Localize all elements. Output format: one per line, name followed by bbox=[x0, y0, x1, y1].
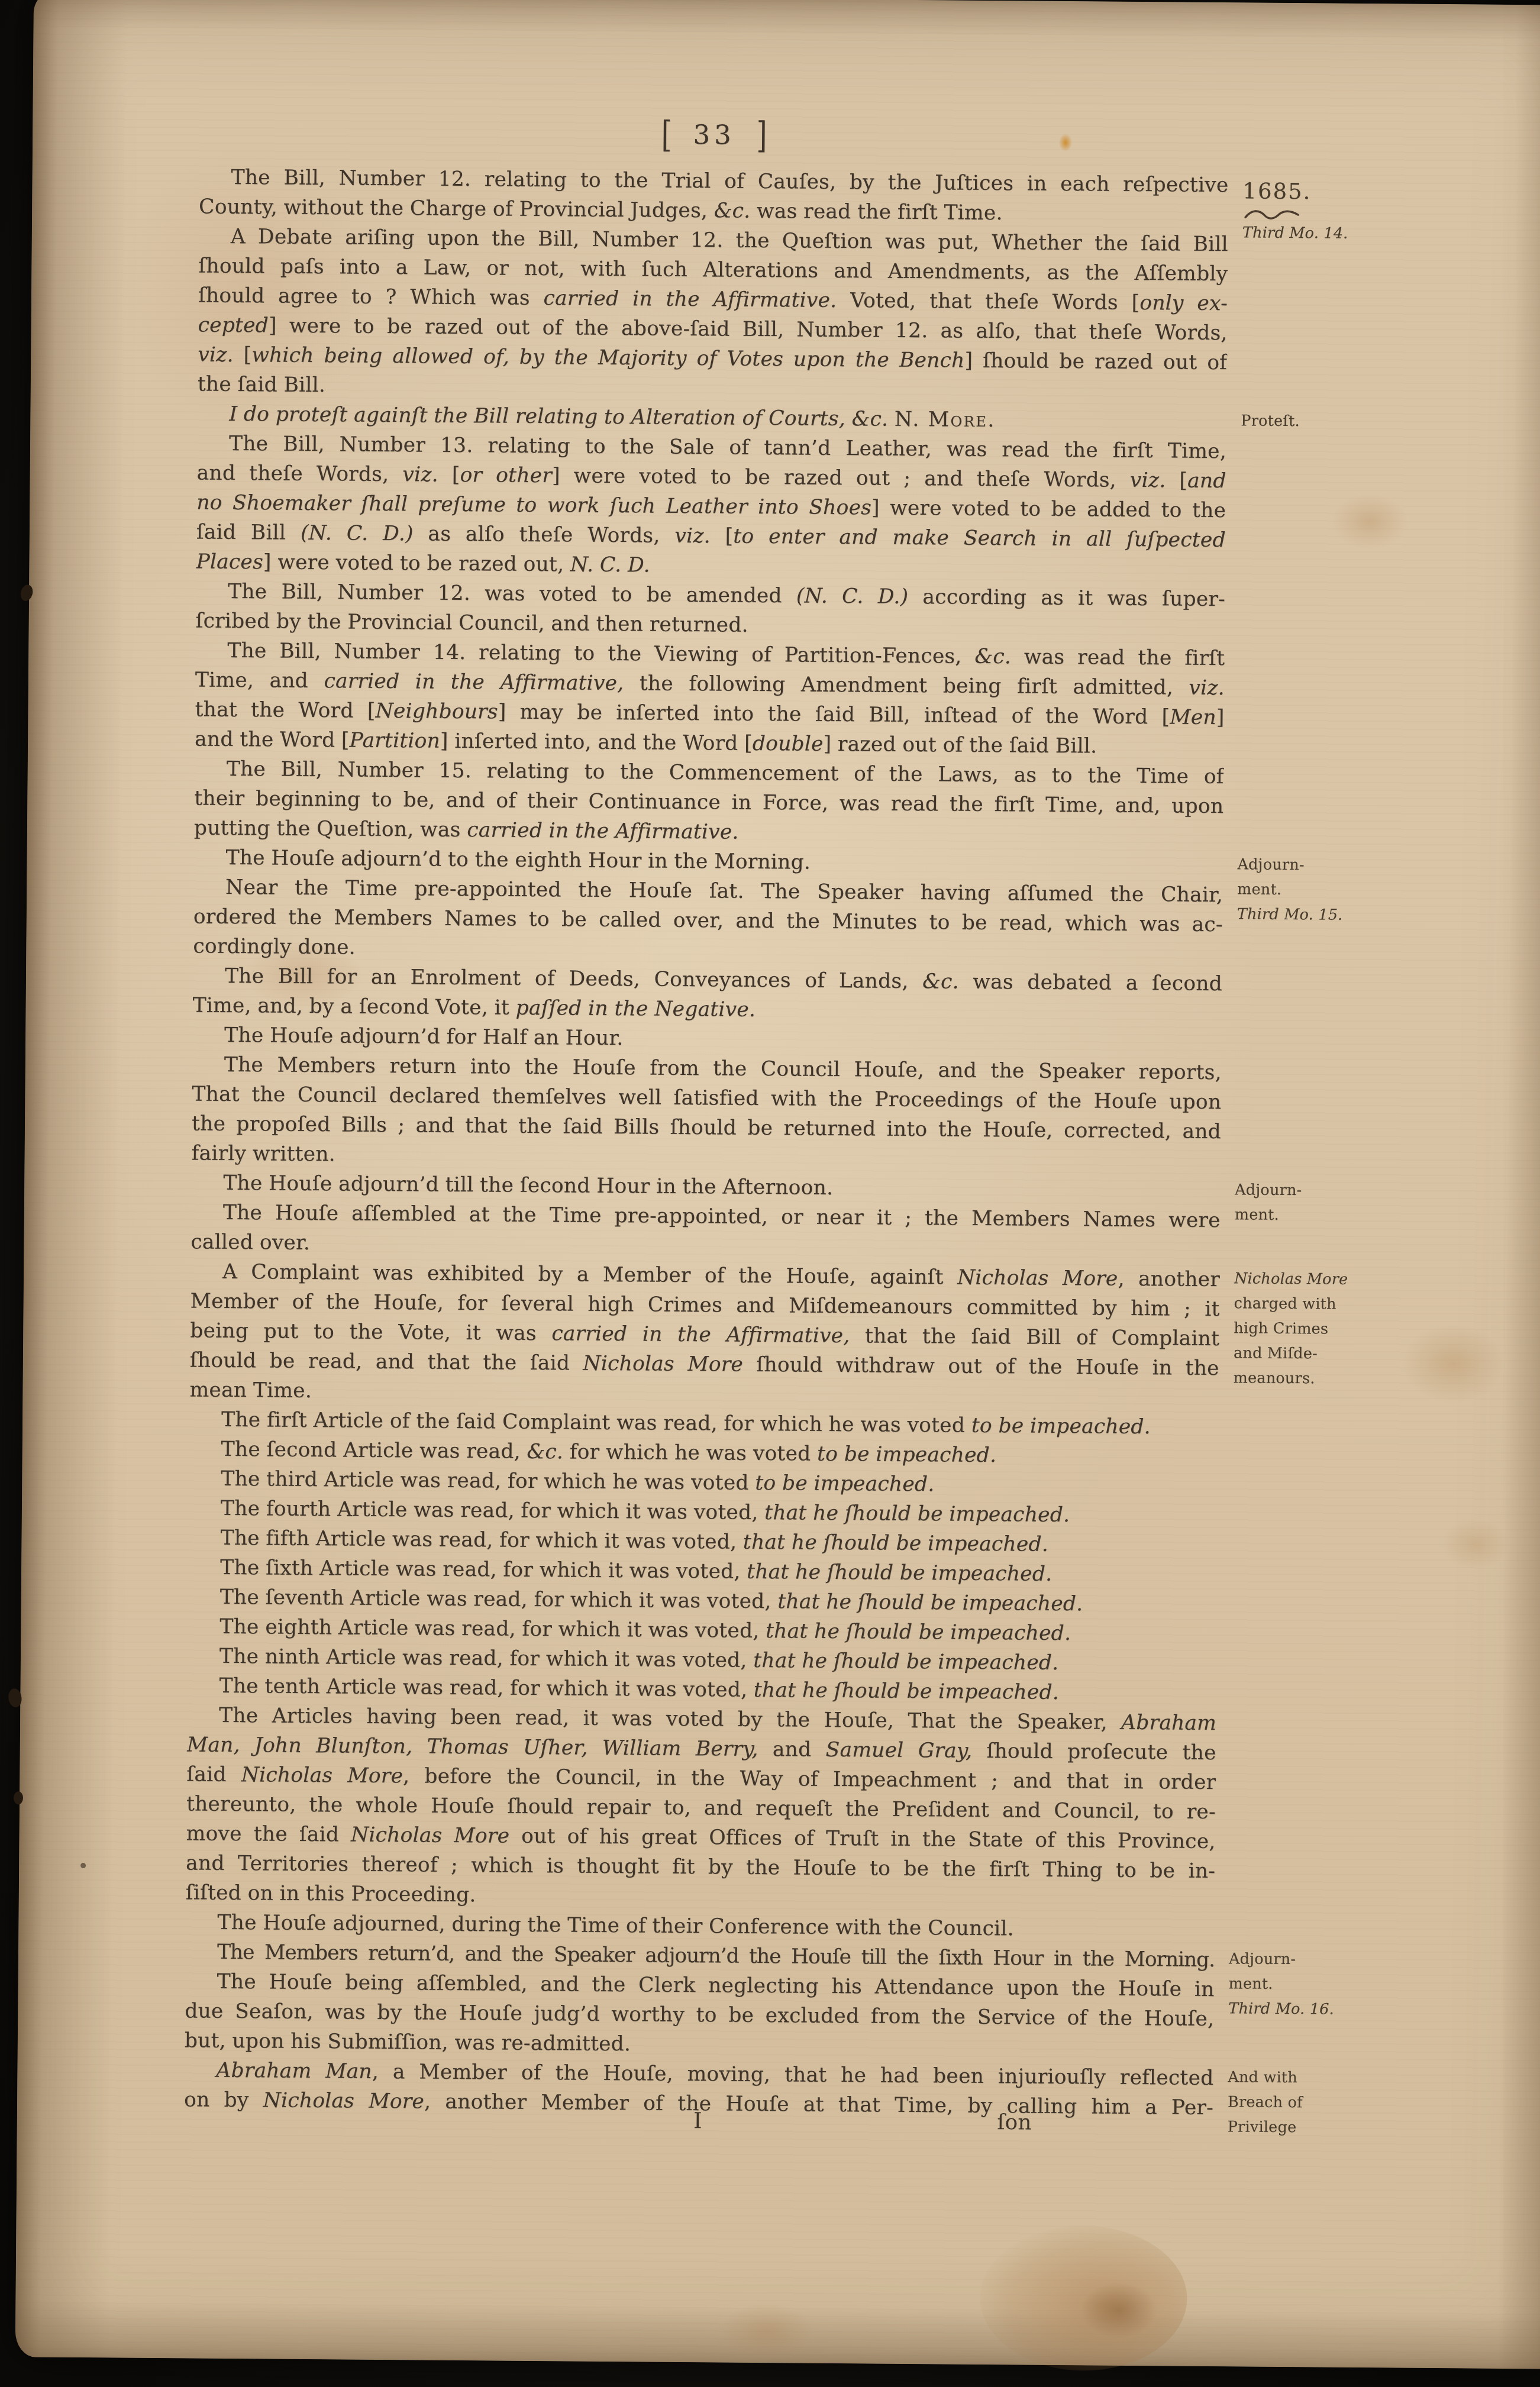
text-run: The Bill, Number 14. relating to the Vie… bbox=[227, 639, 974, 668]
text-run: and Territories thereof ; which is thoug… bbox=[186, 1851, 1215, 1883]
margin-note: 1685.Third Mo. 14. bbox=[1242, 172, 1409, 246]
margin-note: And withBreach ofPrivilege bbox=[1228, 2065, 1394, 2140]
margin-notes-column: 1685.Third Mo. 14.Proteſt.Adjourn-ment.T… bbox=[1243, 170, 1409, 172]
margin-note-line: meanours. bbox=[1234, 1365, 1399, 1391]
text-run: cepted bbox=[198, 313, 269, 337]
text-run: to be impeached. bbox=[755, 1471, 934, 1496]
page-number: [33] bbox=[199, 115, 1229, 155]
text-run: The Bill, Number 15. relating to the Com… bbox=[227, 757, 1224, 789]
text-run: &c. bbox=[851, 407, 888, 431]
folio-bracket-right: ] bbox=[757, 114, 767, 157]
text-run: cordingly done. bbox=[193, 934, 356, 959]
text-run: only ex- bbox=[1139, 291, 1228, 315]
text-run: The Members return into the Houſe from t… bbox=[224, 1053, 1222, 1084]
catchword: ſon bbox=[997, 2110, 1032, 2134]
text-run: The Bill, Number 13. relating to the Sal… bbox=[229, 432, 1226, 463]
text-run: A Debate ariſing upon the Bill, Number 1… bbox=[231, 225, 1228, 256]
margin-note-line: ment. bbox=[1228, 1971, 1394, 1997]
text-run: viz. bbox=[674, 524, 711, 548]
text-run: The ſeventh Article was read, for which … bbox=[220, 1585, 778, 1613]
flourish-squiggle-icon bbox=[1244, 205, 1408, 221]
margin-note: Nicholas Morecharged withhigh Crimesand … bbox=[1234, 1266, 1400, 1391]
text-lines: The Bill, Number 12. relating to the Tri… bbox=[184, 163, 1229, 2123]
text-run: that he ſhould be impeached. bbox=[743, 1530, 1048, 1556]
text-run: ſaid bbox=[186, 1762, 241, 1787]
text-run: The Members return’d, and the Speaker ad… bbox=[217, 1940, 1215, 1972]
text-run: The firſt Article of the ſaid Complaint … bbox=[221, 1408, 971, 1438]
main-text-column: The Bill, Number 12. relating to the Tri… bbox=[184, 163, 1229, 2142]
margin-note-line: Third Mo. 15. bbox=[1237, 902, 1403, 928]
text-run: &c. bbox=[922, 970, 959, 993]
text-run: N. More. bbox=[895, 408, 996, 432]
text-run: viz. bbox=[1130, 469, 1166, 492]
text-run: viz. bbox=[198, 343, 234, 366]
text-run: ] may be inſerted into the ſaid Bill, in… bbox=[498, 700, 1170, 729]
text-run: to be impeached. bbox=[817, 1442, 996, 1467]
text-run: which being allowed of, by the Majority … bbox=[251, 343, 965, 372]
text-run: Nicholas More bbox=[957, 1266, 1118, 1291]
text-run: Nicholas More bbox=[583, 1352, 743, 1377]
text-run: carried in the Affirmative. bbox=[543, 286, 837, 312]
margin-note: Adjourn-ment. bbox=[1235, 1177, 1401, 1228]
text-run: that he ſhould be impeached. bbox=[764, 1501, 1070, 1527]
paper-stain bbox=[979, 2225, 1187, 2372]
text-run: (N. C. D.) bbox=[301, 521, 414, 545]
text-run: The Houſe aſſembled at the Time pre-appo… bbox=[223, 1201, 1221, 1232]
text-run: ] bbox=[1216, 706, 1225, 729]
folio-bracket-left: [ bbox=[661, 113, 672, 156]
text-run: The fourth Article was read, for which i… bbox=[221, 1497, 765, 1524]
text-run: Abraham Man bbox=[216, 2059, 372, 2084]
text-run: ] razed out of the ſaid Bill. bbox=[823, 732, 1097, 758]
text-run: or other bbox=[460, 463, 552, 487]
margin-note-line: ment. bbox=[1235, 1202, 1400, 1228]
text-run: according as it was ſuper- bbox=[908, 585, 1225, 611]
margin-note-line: Adjourn- bbox=[1229, 1946, 1394, 1972]
paper-stain bbox=[1441, 1519, 1510, 1569]
text-run: Neighbours bbox=[375, 699, 498, 724]
paper-stain bbox=[719, 2303, 815, 2360]
paper-speck bbox=[14, 1791, 23, 1804]
text-run: ] inſerted into, and the Word [ bbox=[440, 729, 753, 755]
text-run: move the ſaid bbox=[186, 1821, 351, 1846]
text-run: Man, John Blunſton, Thomas Uſher, Willia… bbox=[187, 1733, 758, 1761]
paper-speck bbox=[19, 583, 34, 602]
text-run: but, upon his Submiſſion, was re-admitte… bbox=[185, 2029, 631, 2056]
text-run: [ bbox=[711, 524, 734, 548]
text-run: that he ſhould be impeached. bbox=[754, 1678, 1059, 1704]
book-page: [33] The Bill, Number 12. relating to th… bbox=[15, 0, 1540, 2369]
text-run: ] were voted to be razed out ; and theſe… bbox=[552, 464, 1130, 492]
paper-speck bbox=[80, 1863, 86, 1868]
text-run: The ſecond Article was read, bbox=[221, 1438, 527, 1464]
margin-note-line: Adjourn- bbox=[1235, 1177, 1400, 1203]
text-run: &c. bbox=[714, 199, 751, 222]
text-run: Men bbox=[1170, 705, 1216, 729]
text-run: ] ſhould be razed out of bbox=[964, 349, 1227, 374]
text-run: &c. bbox=[974, 645, 1011, 668]
photo-background: [33] The Bill, Number 12. relating to th… bbox=[0, 0, 1540, 2387]
text-run: that the Word [ bbox=[195, 697, 375, 722]
margin-note-line: And with bbox=[1228, 2065, 1393, 2091]
paper-stain bbox=[1401, 1323, 1505, 1404]
text-run: ] were voted to be added to the bbox=[871, 496, 1226, 522]
text-run: [ bbox=[1166, 469, 1187, 492]
margin-note: Proteſt. bbox=[1241, 408, 1406, 434]
text-run: carried in the Affirmative, bbox=[324, 669, 624, 695]
text-run: that he ſhould be impeached. bbox=[777, 1590, 1083, 1616]
margin-note-line: Third Mo. 16. bbox=[1228, 1996, 1394, 2022]
paper-stain bbox=[1331, 493, 1409, 550]
text-run: Voted, that theſe Words [ bbox=[837, 289, 1139, 315]
text-run: that he ſhould be impeached. bbox=[747, 1560, 1052, 1586]
paper-stain bbox=[1080, 2282, 1158, 2338]
text-run: Near the Time pre-appointed the Houſe ſa… bbox=[225, 876, 1223, 907]
text-run: no Shoemaker ſhall preſume to work ſuch … bbox=[196, 490, 871, 519]
text-run bbox=[888, 408, 895, 431]
text-run: the following Amendment being firſt admi… bbox=[624, 671, 1189, 699]
text-run: being put to the Vote, it was bbox=[190, 1319, 551, 1345]
text-run: ] were to be razed out of the above-ſaid… bbox=[269, 314, 1228, 345]
margin-note-line: Adjourn- bbox=[1237, 852, 1403, 878]
text-run: County, without the Charge of Provincial… bbox=[199, 195, 714, 223]
text-run: that the ſaid Bill of Complaint bbox=[850, 1324, 1219, 1351]
text-run: N. C. D. bbox=[570, 553, 650, 577]
text-run: the propoſed Bills ; and that the ſaid B… bbox=[192, 1112, 1221, 1144]
text-run: and bbox=[758, 1737, 825, 1762]
text-run: to enter and make Search in all ſuſpecte… bbox=[733, 525, 1226, 553]
text-run: as alſo theſe Words, bbox=[413, 522, 674, 547]
text-run: ſhould agree to ? Which was bbox=[198, 283, 544, 310]
margin-note-line: Privilege bbox=[1228, 2114, 1393, 2140]
text-run: The Bill, Number 12. relating to the Tri… bbox=[231, 166, 1228, 197]
text-run: ſaid Bill bbox=[196, 520, 301, 544]
text-run: [ bbox=[438, 463, 460, 487]
text-run: The Houſe adjourned, during the Time of … bbox=[217, 1911, 1014, 1941]
text-run: double bbox=[753, 732, 824, 756]
margin-note-line: high Crimes bbox=[1234, 1316, 1399, 1342]
text-run: The Articles having been read, it was vo… bbox=[219, 1704, 1121, 1734]
margin-note-line: 1685. bbox=[1242, 179, 1408, 205]
text-run: was read the firſt Time. bbox=[750, 199, 1003, 225]
margin-note-line: and Miſde- bbox=[1234, 1341, 1399, 1367]
text-run: The Bill, Number 12. was voted to be ame… bbox=[228, 580, 796, 608]
signature-mark: I bbox=[693, 2108, 702, 2133]
text-run: carried in the Affirmative. bbox=[467, 818, 739, 844]
margin-note-line: ment. bbox=[1237, 877, 1403, 903]
text-run: , another bbox=[1118, 1267, 1220, 1291]
paper-speck bbox=[7, 1688, 22, 1708]
text-run: ſhould withdraw out of the Houſe in the bbox=[743, 1353, 1219, 1380]
text-run: A Complaint was exhibited by a Member of… bbox=[222, 1260, 957, 1290]
text-run: The eighth Article was read, for which i… bbox=[219, 1615, 766, 1643]
text-run: their beginning to be, and of their Cont… bbox=[194, 786, 1223, 818]
text-run: ſcribed by the Provincial Council, and t… bbox=[196, 609, 748, 637]
text-run: fairly written. bbox=[191, 1141, 335, 1166]
text-run: the ſaid Bill. bbox=[198, 372, 325, 397]
text-run: Partition bbox=[349, 729, 440, 753]
text-run: was read the firſt bbox=[1011, 645, 1225, 670]
text-run: Nicholas More bbox=[241, 1763, 403, 1788]
text-run: was debated a ſecond bbox=[959, 970, 1223, 996]
text-run: ſhould paſs into a Law, or not, with ſuc… bbox=[198, 254, 1228, 286]
text-run: called over. bbox=[191, 1230, 310, 1255]
text-run: and the Word [ bbox=[195, 727, 350, 752]
text-run: The Bill for an Enrolment of Deeds, Conv… bbox=[225, 964, 922, 993]
text-run: thereunto, the whole Houſe ſhould repair… bbox=[186, 1792, 1216, 1824]
text-run: and theſe Words, bbox=[196, 461, 402, 486]
text-run: for which he was voted bbox=[563, 1440, 817, 1465]
margin-note-line: Proteſt. bbox=[1241, 408, 1406, 434]
margin-note: Adjourn-ment.Third Mo. 15. bbox=[1237, 852, 1403, 928]
text-run: ſiſted on in this Proceeding. bbox=[186, 1881, 476, 1907]
text-run: and bbox=[1187, 469, 1226, 493]
text-run: , a Member of the Houſe, moving, that he… bbox=[372, 2060, 1214, 2090]
text-run: The Houſe adjourn’d till the ſecond Hour… bbox=[223, 1171, 833, 1200]
margin-note-line: Nicholas More bbox=[1234, 1266, 1400, 1292]
text-run: out of his great Offices of Truſt in the… bbox=[509, 1824, 1216, 1853]
text-run: I do proteſt againſt the Bill relating t… bbox=[229, 402, 852, 431]
margin-note: Adjourn-ment.Third Mo. 16. bbox=[1228, 1946, 1394, 2022]
text-run: That the Council declared themſelves wel… bbox=[192, 1082, 1221, 1114]
text-run: Time, and bbox=[195, 668, 324, 693]
text-run: that he ſhould be impeached. bbox=[753, 1649, 1058, 1675]
text-run: to be impeached. bbox=[971, 1414, 1151, 1439]
text-run: viz. bbox=[1189, 676, 1225, 700]
text-run: putting the Queſtion, was bbox=[194, 816, 467, 842]
text-run: viz. bbox=[402, 463, 438, 486]
text-run: The tenth Article was read, for which it… bbox=[219, 1674, 754, 1702]
text-run: Abraham bbox=[1121, 1711, 1216, 1735]
text-run: Places bbox=[196, 550, 263, 574]
text-run: Member of the Houſe, for ſeveral high Cr… bbox=[190, 1289, 1219, 1321]
text-run: paſſed in the Negative. bbox=[515, 996, 756, 1022]
folio-number: 33 bbox=[693, 119, 735, 151]
text-run: , before the Council, in the Way of Impe… bbox=[403, 1764, 1216, 1794]
text-run: The fifth Article was read, for which it… bbox=[220, 1526, 743, 1554]
text-run: mean Time. bbox=[189, 1378, 312, 1403]
text-run: ordered the Members Names to be called o… bbox=[193, 905, 1223, 936]
text-run: The Houſe being aſſembled, and the Clerk… bbox=[217, 1970, 1214, 2001]
text-run: ſhould proſecute the bbox=[972, 1739, 1216, 1765]
text-run: Nicholas More bbox=[351, 1823, 510, 1848]
text-run: The Houſe adjourn’d for Half an Hour. bbox=[224, 1023, 624, 1050]
text-run: Samuel Gray, bbox=[825, 1738, 972, 1763]
text-run: carried in the Affirmative, bbox=[551, 1322, 850, 1348]
margin-note-line: Third Mo. 14. bbox=[1242, 220, 1408, 246]
margin-note-line: Breach of bbox=[1228, 2089, 1393, 2115]
text-run: &c. bbox=[527, 1440, 563, 1464]
text-run: The ſixth Article was read, for which it… bbox=[220, 1556, 747, 1584]
text-run: The Houſe adjourn’d to the eighth Hour i… bbox=[225, 846, 811, 874]
text-run: ] were voted to be razed out, bbox=[263, 550, 570, 576]
text-run: The ninth Article was read, for which it… bbox=[219, 1645, 754, 1672]
text-run: Time, and, by a ſecond Vote, it bbox=[192, 993, 515, 1019]
margin-note-line: charged with bbox=[1234, 1291, 1400, 1317]
text-run: The third Article was read, for which he… bbox=[221, 1467, 755, 1495]
text-run: (N. C. D.) bbox=[796, 584, 909, 608]
text-run: ſhould be read, and that the ſaid bbox=[190, 1348, 583, 1375]
text-run: due Seaſon, was by the Houſe judg’d wort… bbox=[185, 1999, 1214, 2031]
text-run: that he ſhould be impeached. bbox=[766, 1619, 1071, 1645]
text-run: [ bbox=[234, 343, 252, 367]
